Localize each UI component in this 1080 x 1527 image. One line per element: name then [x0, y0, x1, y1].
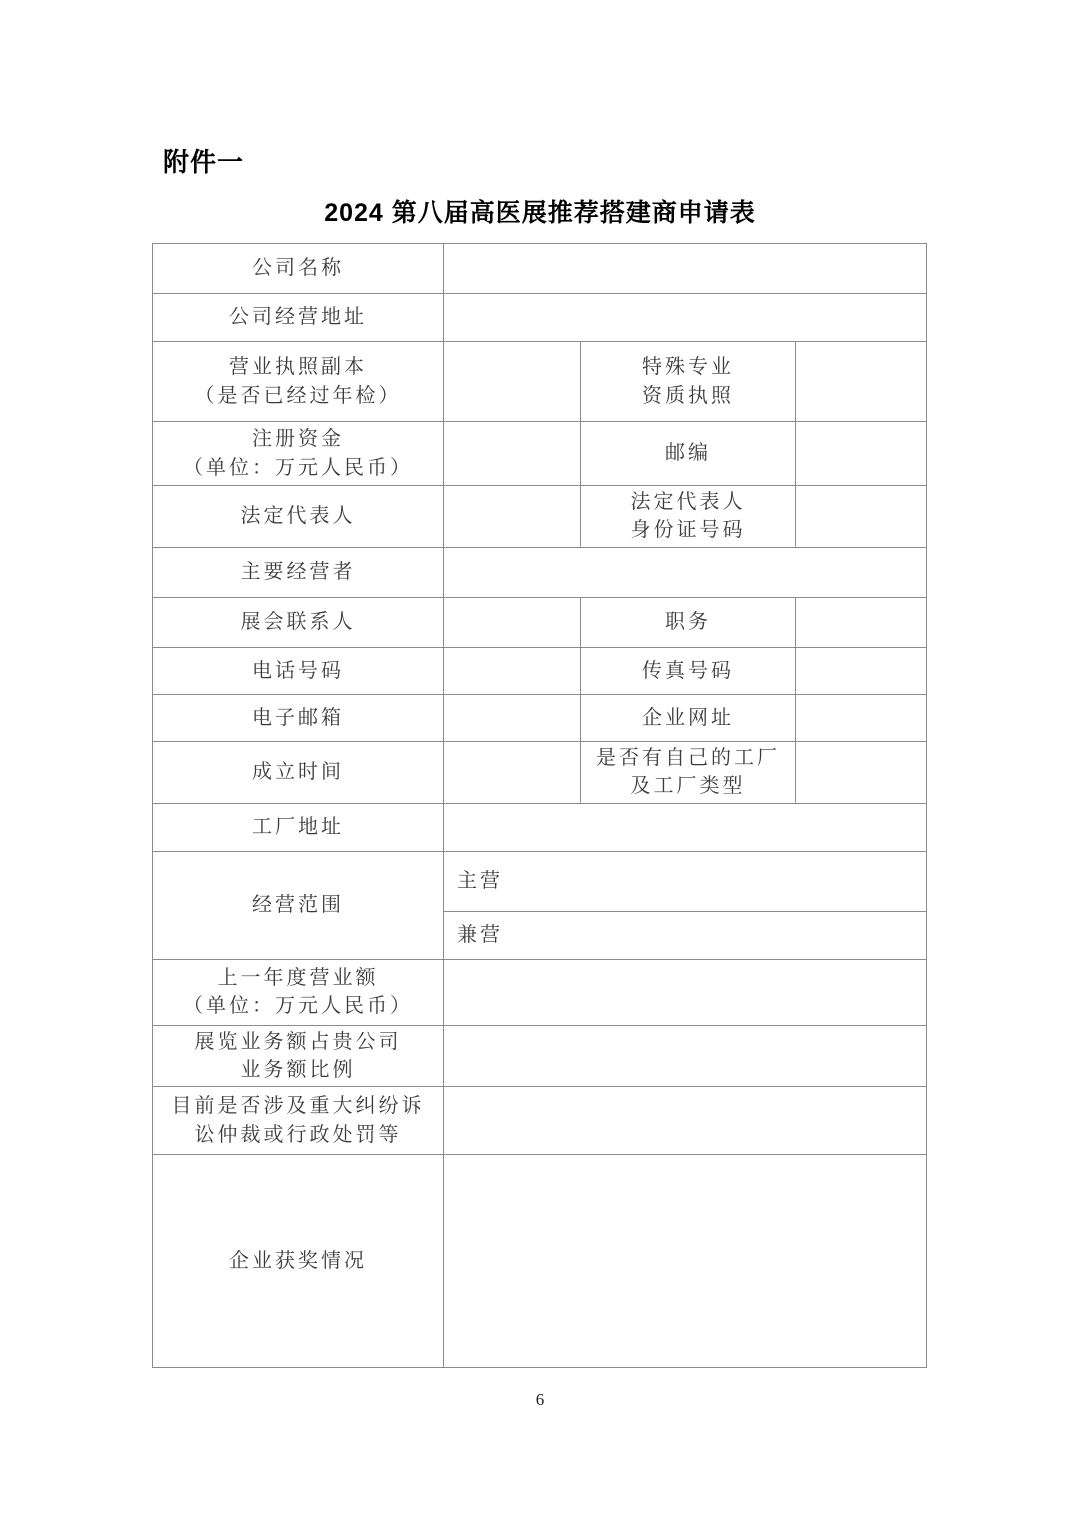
row-legal-representative: 法定代表人法定代表人身份证号码 — [153, 486, 927, 548]
row-legal-disputes: 目前是否涉及重大纠纷诉讼仲裁或行政处罚等 — [153, 1087, 927, 1155]
document-page: 附件一 2024 第八届高医展推荐搭建商申请表 公司名称公司经营地址营业执照副本… — [0, 0, 1080, 1527]
field-company-awards[interactable] — [444, 1155, 927, 1368]
label-last-year-revenue: 上一年度营业额（单位：万元人民币） — [153, 959, 444, 1025]
label-main-operator: 主要经营者 — [153, 547, 444, 597]
row-business-scope-main: 经营范围主营 — [153, 851, 927, 911]
field-job-title[interactable] — [796, 597, 927, 647]
row-exhibition-contact: 展会联系人职务 — [153, 597, 927, 647]
row-phone: 电话号码传真号码 — [153, 647, 927, 694]
label-exhibition-business-ratio: 展览业务额占贵公司业务额比例 — [153, 1025, 444, 1087]
row-company-awards: 企业获奖情况 — [153, 1155, 927, 1368]
field-company-address[interactable] — [444, 294, 927, 342]
field-main-operator[interactable] — [444, 547, 927, 597]
field-exhibition-contact[interactable] — [444, 597, 581, 647]
page-title: 2024 第八届高医展推荐搭建商申请表 — [0, 193, 1080, 229]
label-company-website: 企业网址 — [581, 694, 796, 741]
label-business-scope: 经营范围 — [153, 851, 444, 959]
label-factory-address: 工厂地址 — [153, 803, 444, 851]
label-company-awards: 企业获奖情况 — [153, 1155, 444, 1368]
row-company-name: 公司名称 — [153, 244, 927, 294]
field-email[interactable] — [444, 694, 581, 741]
row-exhibition-business-ratio: 展览业务额占贵公司业务额比例 — [153, 1025, 927, 1087]
row-factory-address: 工厂地址 — [153, 803, 927, 851]
field-special-qualification[interactable] — [796, 342, 927, 422]
label-company-address: 公司经营地址 — [153, 294, 444, 342]
label-business-license: 营业执照副本（是否已经过年检） — [153, 342, 444, 422]
page-number: 6 — [0, 1390, 1080, 1410]
label-company-name: 公司名称 — [153, 244, 444, 294]
label-founding-date: 成立时间 — [153, 741, 444, 803]
row-main-operator: 主要经营者 — [153, 547, 927, 597]
field-own-factory[interactable] — [796, 741, 927, 803]
field-business-license[interactable] — [444, 342, 581, 422]
label-legal-representative: 法定代表人 — [153, 486, 444, 548]
row-founding-date: 成立时间是否有自己的工厂及工厂类型 — [153, 741, 927, 803]
field-exhibition-business-ratio[interactable] — [444, 1025, 927, 1087]
field-legal-disputes[interactable] — [444, 1087, 927, 1155]
row-email: 电子邮箱企业网址 — [153, 694, 927, 741]
label-fax-number: 传真号码 — [581, 647, 796, 694]
label-special-qualification: 特殊专业资质执照 — [581, 342, 796, 422]
field-company-name[interactable] — [444, 244, 927, 294]
label-legal-rep-id-number: 法定代表人身份证号码 — [581, 486, 796, 548]
field-main-business[interactable]: 主营 — [444, 851, 927, 911]
row-registered-capital: 注册资金（单位：万元人民币）邮编 — [153, 422, 927, 486]
label-registered-capital: 注册资金（单位：万元人民币） — [153, 422, 444, 486]
row-company-address: 公司经营地址 — [153, 294, 927, 342]
attachment-label: 附件一 — [163, 142, 244, 179]
table-body: 公司名称公司经营地址营业执照副本（是否已经过年检）特殊专业资质执照注册资金（单位… — [153, 244, 927, 1368]
field-legal-rep-id-number[interactable] — [796, 486, 927, 548]
field-side-business[interactable]: 兼营 — [444, 911, 927, 959]
field-last-year-revenue[interactable] — [444, 959, 927, 1025]
field-registered-capital[interactable] — [444, 422, 581, 486]
field-founding-date[interactable] — [444, 741, 581, 803]
label-legal-disputes: 目前是否涉及重大纠纷诉讼仲裁或行政处罚等 — [153, 1087, 444, 1155]
field-factory-address[interactable] — [444, 803, 927, 851]
label-own-factory: 是否有自己的工厂及工厂类型 — [581, 741, 796, 803]
label-email: 电子邮箱 — [153, 694, 444, 741]
application-table: 公司名称公司经营地址营业执照副本（是否已经过年检）特殊专业资质执照注册资金（单位… — [152, 243, 927, 1368]
row-last-year-revenue: 上一年度营业额（单位：万元人民币） — [153, 959, 927, 1025]
row-business-license: 营业执照副本（是否已经过年检）特殊专业资质执照 — [153, 342, 927, 422]
field-legal-representative[interactable] — [444, 486, 581, 548]
field-company-website[interactable] — [796, 694, 927, 741]
field-postal-code[interactable] — [796, 422, 927, 486]
label-exhibition-contact: 展会联系人 — [153, 597, 444, 647]
field-phone-number[interactable] — [444, 647, 581, 694]
label-job-title: 职务 — [581, 597, 796, 647]
label-phone-number: 电话号码 — [153, 647, 444, 694]
field-fax-number[interactable] — [796, 647, 927, 694]
label-postal-code: 邮编 — [581, 422, 796, 486]
